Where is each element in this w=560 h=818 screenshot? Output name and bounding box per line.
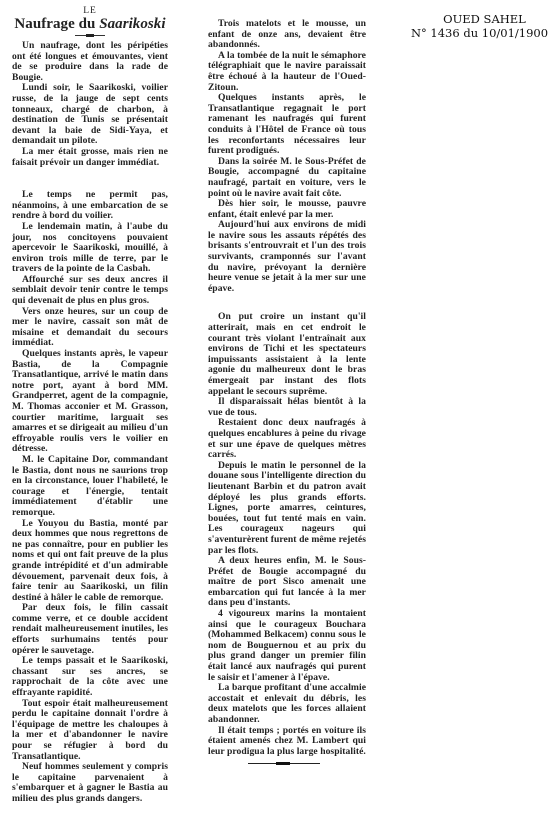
paragraph: Le temps ne permit pas, néanmoins, à une… xyxy=(12,190,168,222)
newspaper-name: OUED SAHEL xyxy=(417,12,552,26)
issue-reference: N° 1436 du 10/01/1900 xyxy=(407,26,552,40)
paragraph: Vers onze heures, sur un coup de mer le … xyxy=(12,307,168,349)
article-column-2: Trois matelots et le mousse, un enfant d… xyxy=(208,19,366,764)
title-ship-name: Saarikoski xyxy=(99,16,165,32)
paragraph: Quelques instants après, le vapeur Basti… xyxy=(12,349,168,455)
paragraph: Il disparaissait hélas bientôt à la vue … xyxy=(208,397,366,418)
paragraph: A deux heures enfin, M. le Sous-Préfet d… xyxy=(208,556,366,609)
headline-kicker: LE xyxy=(12,6,168,16)
paragraph: Le Youyou du Bastia, monté par deux homm… xyxy=(12,519,168,604)
column1-section1: Un naufrage, dont les péripéties ont été… xyxy=(12,41,168,168)
paragraph: M. le Capitaine Dor, commandant le Basti… xyxy=(12,455,168,519)
paragraph: Restaient donc deux naufragés à quelques… xyxy=(208,418,366,460)
paragraph: Lundi soir, le Saarikoski, voilier russe… xyxy=(12,83,168,147)
column1-section2: Le temps ne permit pas, néanmoins, à une… xyxy=(12,190,168,804)
section-gap xyxy=(12,168,168,190)
title-prefix: Naufrage du xyxy=(14,16,99,32)
article-heading: LE Naufrage du Saarikoski xyxy=(12,6,168,36)
paragraph: On put croire un instant qu'il atterirai… xyxy=(208,312,366,397)
paragraph: Depuis le matin le personnel de la douan… xyxy=(208,461,366,556)
newspaper-masthead: OUED SAHEL N° 1436 du 10/01/1900 xyxy=(417,12,552,40)
paragraph: Il était temps ; portés en voiture ils é… xyxy=(208,726,366,758)
paragraph: Un naufrage, dont les péripéties ont été… xyxy=(12,41,168,83)
paragraph: Trois matelots et le mousse, un enfant d… xyxy=(208,19,366,51)
article-title: Naufrage du Saarikoski xyxy=(12,16,168,33)
paragraph: 4 vigoureux marins la montaient ainsi qu… xyxy=(208,609,366,683)
paragraph: Affourché sur ses deux ancres il semblai… xyxy=(12,275,168,307)
column2-section2: On put croire un instant qu'il atterirai… xyxy=(208,312,366,757)
paragraph: Quelques instants après, le Transatlanti… xyxy=(208,93,366,157)
paragraph: Dès hier soir, le mousse, pauvre enfant,… xyxy=(208,199,366,220)
paragraph: Neuf hommes seulement y compris le capit… xyxy=(12,762,168,804)
paragraph: Le lendemain matin, à l'aube du jour, no… xyxy=(12,222,168,275)
paragraph: Dans la soirée M. le Sous-Préfet de Boug… xyxy=(208,157,366,199)
article-end-rule xyxy=(248,763,320,764)
paragraph: Tout espoir était malheureusement perdu … xyxy=(12,699,168,763)
title-ornament-rule xyxy=(75,35,105,36)
paragraph: La barque profitant d'une accalmie accos… xyxy=(208,683,366,725)
paragraph: Aujourd'hui aux environs de midi le navi… xyxy=(208,220,366,294)
paragraph: Le temps passait et le Saarikoski, chass… xyxy=(12,656,168,698)
paragraph: La mer était grosse, mais rien ne faisai… xyxy=(12,147,168,168)
article-column-1: LE Naufrage du Saarikoski Un naufrage, d… xyxy=(12,38,168,805)
section-gap xyxy=(208,294,366,312)
paragraph: A la tombée de la nuit le sémaphore télé… xyxy=(208,51,366,93)
column2-section1: Trois matelots et le mousse, un enfant d… xyxy=(208,19,366,294)
paragraph: Par deux fois, le filin cassait comme ve… xyxy=(12,603,168,656)
